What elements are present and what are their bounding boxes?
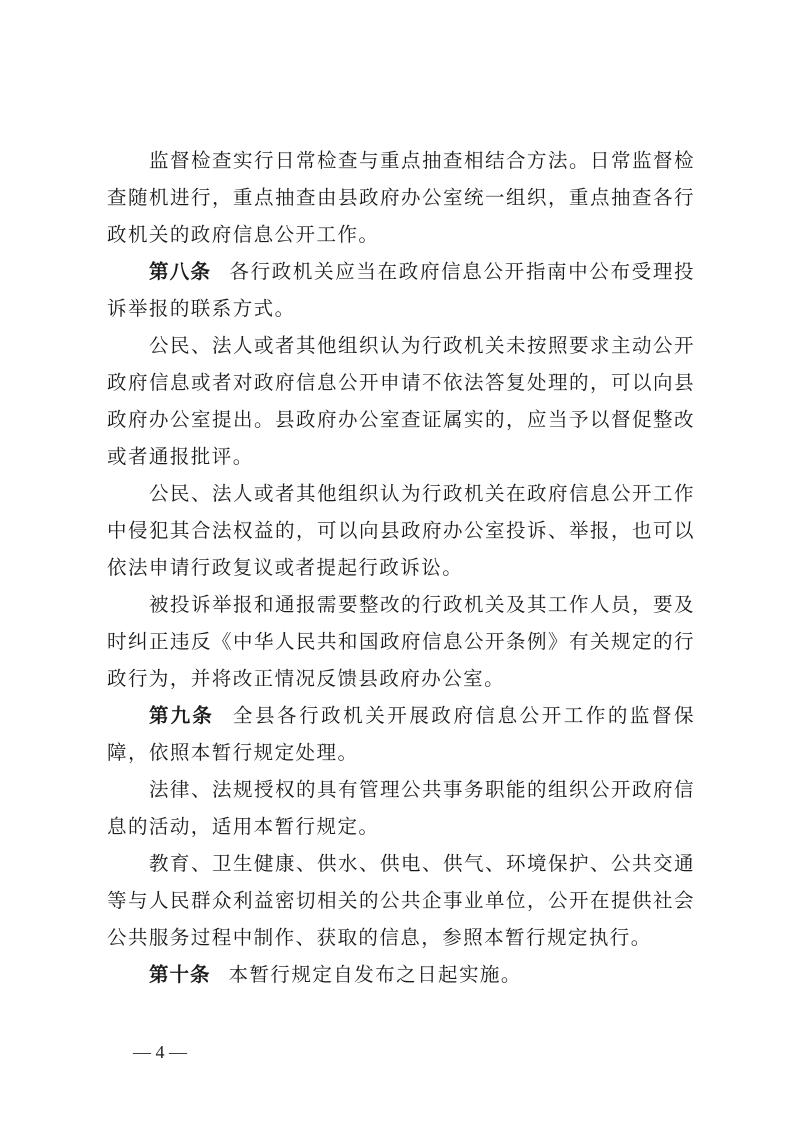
paragraph-complaint-proactive: 公民、法人或者其他组织认为行政机关未按照要求主动公开政府信息或者对政府信息公开申… — [107, 327, 695, 475]
paragraph-text: 教育、卫生健康、供水、供电、供气、环境保护、公共交通等与人民群众利益密切相关的公… — [107, 852, 695, 949]
paragraph-text: 被投诉举报和通报需要整改的行政机关及其工作人员，要及时纠正违反《中华人民共和国政… — [107, 593, 695, 690]
paragraph-text: 公民、法人或者其他组织认为行政机关未按照要求主动公开政府信息或者对政府信息公开申… — [107, 334, 695, 468]
article-label: 第八条 — [149, 260, 211, 283]
document-body: 监督检查实行日常检查与重点抽查相结合方法。日常监督检查随机进行，重点抽查由县政府… — [107, 142, 695, 993]
paragraph-text: 监督检查实行日常检查与重点抽查相结合方法。日常监督检查随机进行，重点抽查由县政府… — [107, 149, 695, 246]
article-label: 第九条 — [149, 704, 214, 727]
paragraph-article-9: 第九条全县各行政机关开展政府信息公开工作的监督保障，依照本暂行规定处理。 — [107, 697, 695, 771]
paragraph-complaint-rights: 公民、法人或者其他组织认为行政机关在政府信息公开工作中侵犯其合法权益的，可以向县… — [107, 475, 695, 586]
article-label: 第十条 — [149, 963, 211, 986]
paragraph-text: 法律、法规授权的具有管理公共事务职能的组织公开政府信息的活动，适用本暂行规定。 — [107, 778, 695, 838]
paragraph-inspection-method: 监督检查实行日常检查与重点抽查相结合方法。日常监督检查随机进行，重点抽查由县政府… — [107, 142, 695, 253]
paragraph-article-10: 第十条本暂行规定自发布之日起实施。 — [107, 956, 695, 993]
paragraph-authorized-orgs: 法律、法规授权的具有管理公共事务职能的组织公开政府信息的活动，适用本暂行规定。 — [107, 771, 695, 845]
paragraph-rectification: 被投诉举报和通报需要整改的行政机关及其工作人员，要及时纠正违反《中华人民共和国政… — [107, 586, 695, 697]
page-number: — 4 — — [133, 1042, 187, 1063]
paragraph-text: 本暂行规定自发布之日起实施。 — [229, 963, 522, 986]
paragraph-public-enterprises: 教育、卫生健康、供水、供电、供气、环境保护、公共交通等与人民群众利益密切相关的公… — [107, 845, 695, 956]
paragraph-text: 公民、法人或者其他组织认为行政机关在政府信息公开工作中侵犯其合法权益的，可以向县… — [107, 482, 695, 579]
paragraph-article-8: 第八条各行政机关应当在政府信息公开指南中公布受理投诉举报的联系方式。 — [107, 253, 695, 327]
